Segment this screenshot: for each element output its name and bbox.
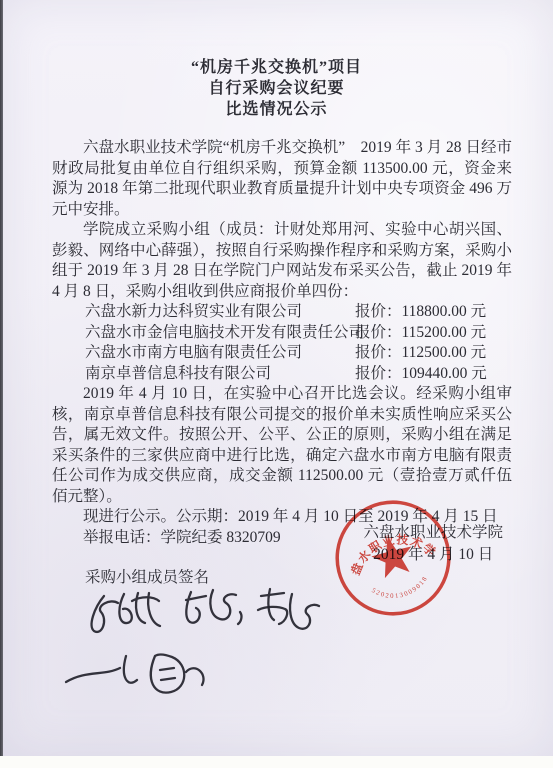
paragraph-team: 学院成立采购小组（成员：计财处郑用河、实验中心胡兴国、彭毅、网络中心薛强），按照… xyxy=(52,220,512,302)
scan-bottom-strip xyxy=(0,756,553,768)
supplier-name: 六盘水市南方电脑有限责任公司 xyxy=(85,344,302,361)
seal-code-text: 5202013009018 xyxy=(369,573,433,606)
title-line-publicity: 比选情况公示 xyxy=(30,99,523,120)
title-line-project: “机房千兆交换机”项目 xyxy=(30,57,523,78)
paragraph-result: 2019 年 4 月 10 日，在实验中心召开比选会议。经采购小组审核，南京卓普… xyxy=(52,384,512,507)
supplier-row: 六盘水新力达科贸实业有限公司 报价：118800.00 元 xyxy=(52,302,512,323)
signature-peng-yi xyxy=(186,590,241,624)
document-title: “机房千兆交换机”项目 自行采购会议纪要 比选情况公示 xyxy=(30,57,523,120)
paragraph-budget: 六盘水职业技术学院“机房千兆交换机” 2019 年 3 月 28 日经市财政局批… xyxy=(52,138,512,220)
signature-zheng-yonghe xyxy=(66,655,204,693)
supplier-quote: 报价：109440.00 元 xyxy=(355,364,487,385)
supplier-name: 六盘水新力达科贸实业有限公司 xyxy=(85,303,302,320)
supplier-quote: 报价：112500.00 元 xyxy=(355,343,486,364)
signature-section-label: 采购小组成员签名 xyxy=(85,565,209,587)
supplier-quote-list: 六盘水新力达科贸实业有限公司 报价：118800.00 元 六盘水市金信电脑技术… xyxy=(52,302,512,384)
handwritten-signatures xyxy=(58,586,358,704)
signature-hu-xingguo xyxy=(92,593,160,632)
signature-xue-qiang xyxy=(258,589,319,629)
scan-left-edge xyxy=(0,0,3,756)
supplier-quote: 报价：118800.00 元 xyxy=(355,302,486,323)
supplier-row: 南京卓普信息科技有限公司 报价：109440.00 元 xyxy=(52,364,512,385)
supplier-quote: 报价：115200.00 元 xyxy=(355,323,486,344)
svg-text:5202013009018: 5202013009018 xyxy=(369,573,433,606)
supplier-name: 六盘水市金信电脑技术开发有限责任公司 xyxy=(85,324,364,341)
scanned-document-page: “机房千兆交换机”项目 自行采购会议纪要 比选情况公示 六盘水职业技术学院“机房… xyxy=(0,0,553,768)
document-body: 六盘水职业技术学院“机房千兆交换机” 2019 年 3 月 28 日经市财政局批… xyxy=(52,138,512,548)
supplier-row: 六盘水市金信电脑技术开发有限责任公司 报价：115200.00 元 xyxy=(52,323,512,344)
title-line-minutes: 自行采购会议纪要 xyxy=(30,78,523,99)
supplier-row: 六盘水市南方电脑有限责任公司 报价：112500.00 元 xyxy=(52,343,512,364)
supplier-name: 南京卓普信息科技有限公司 xyxy=(85,365,271,382)
